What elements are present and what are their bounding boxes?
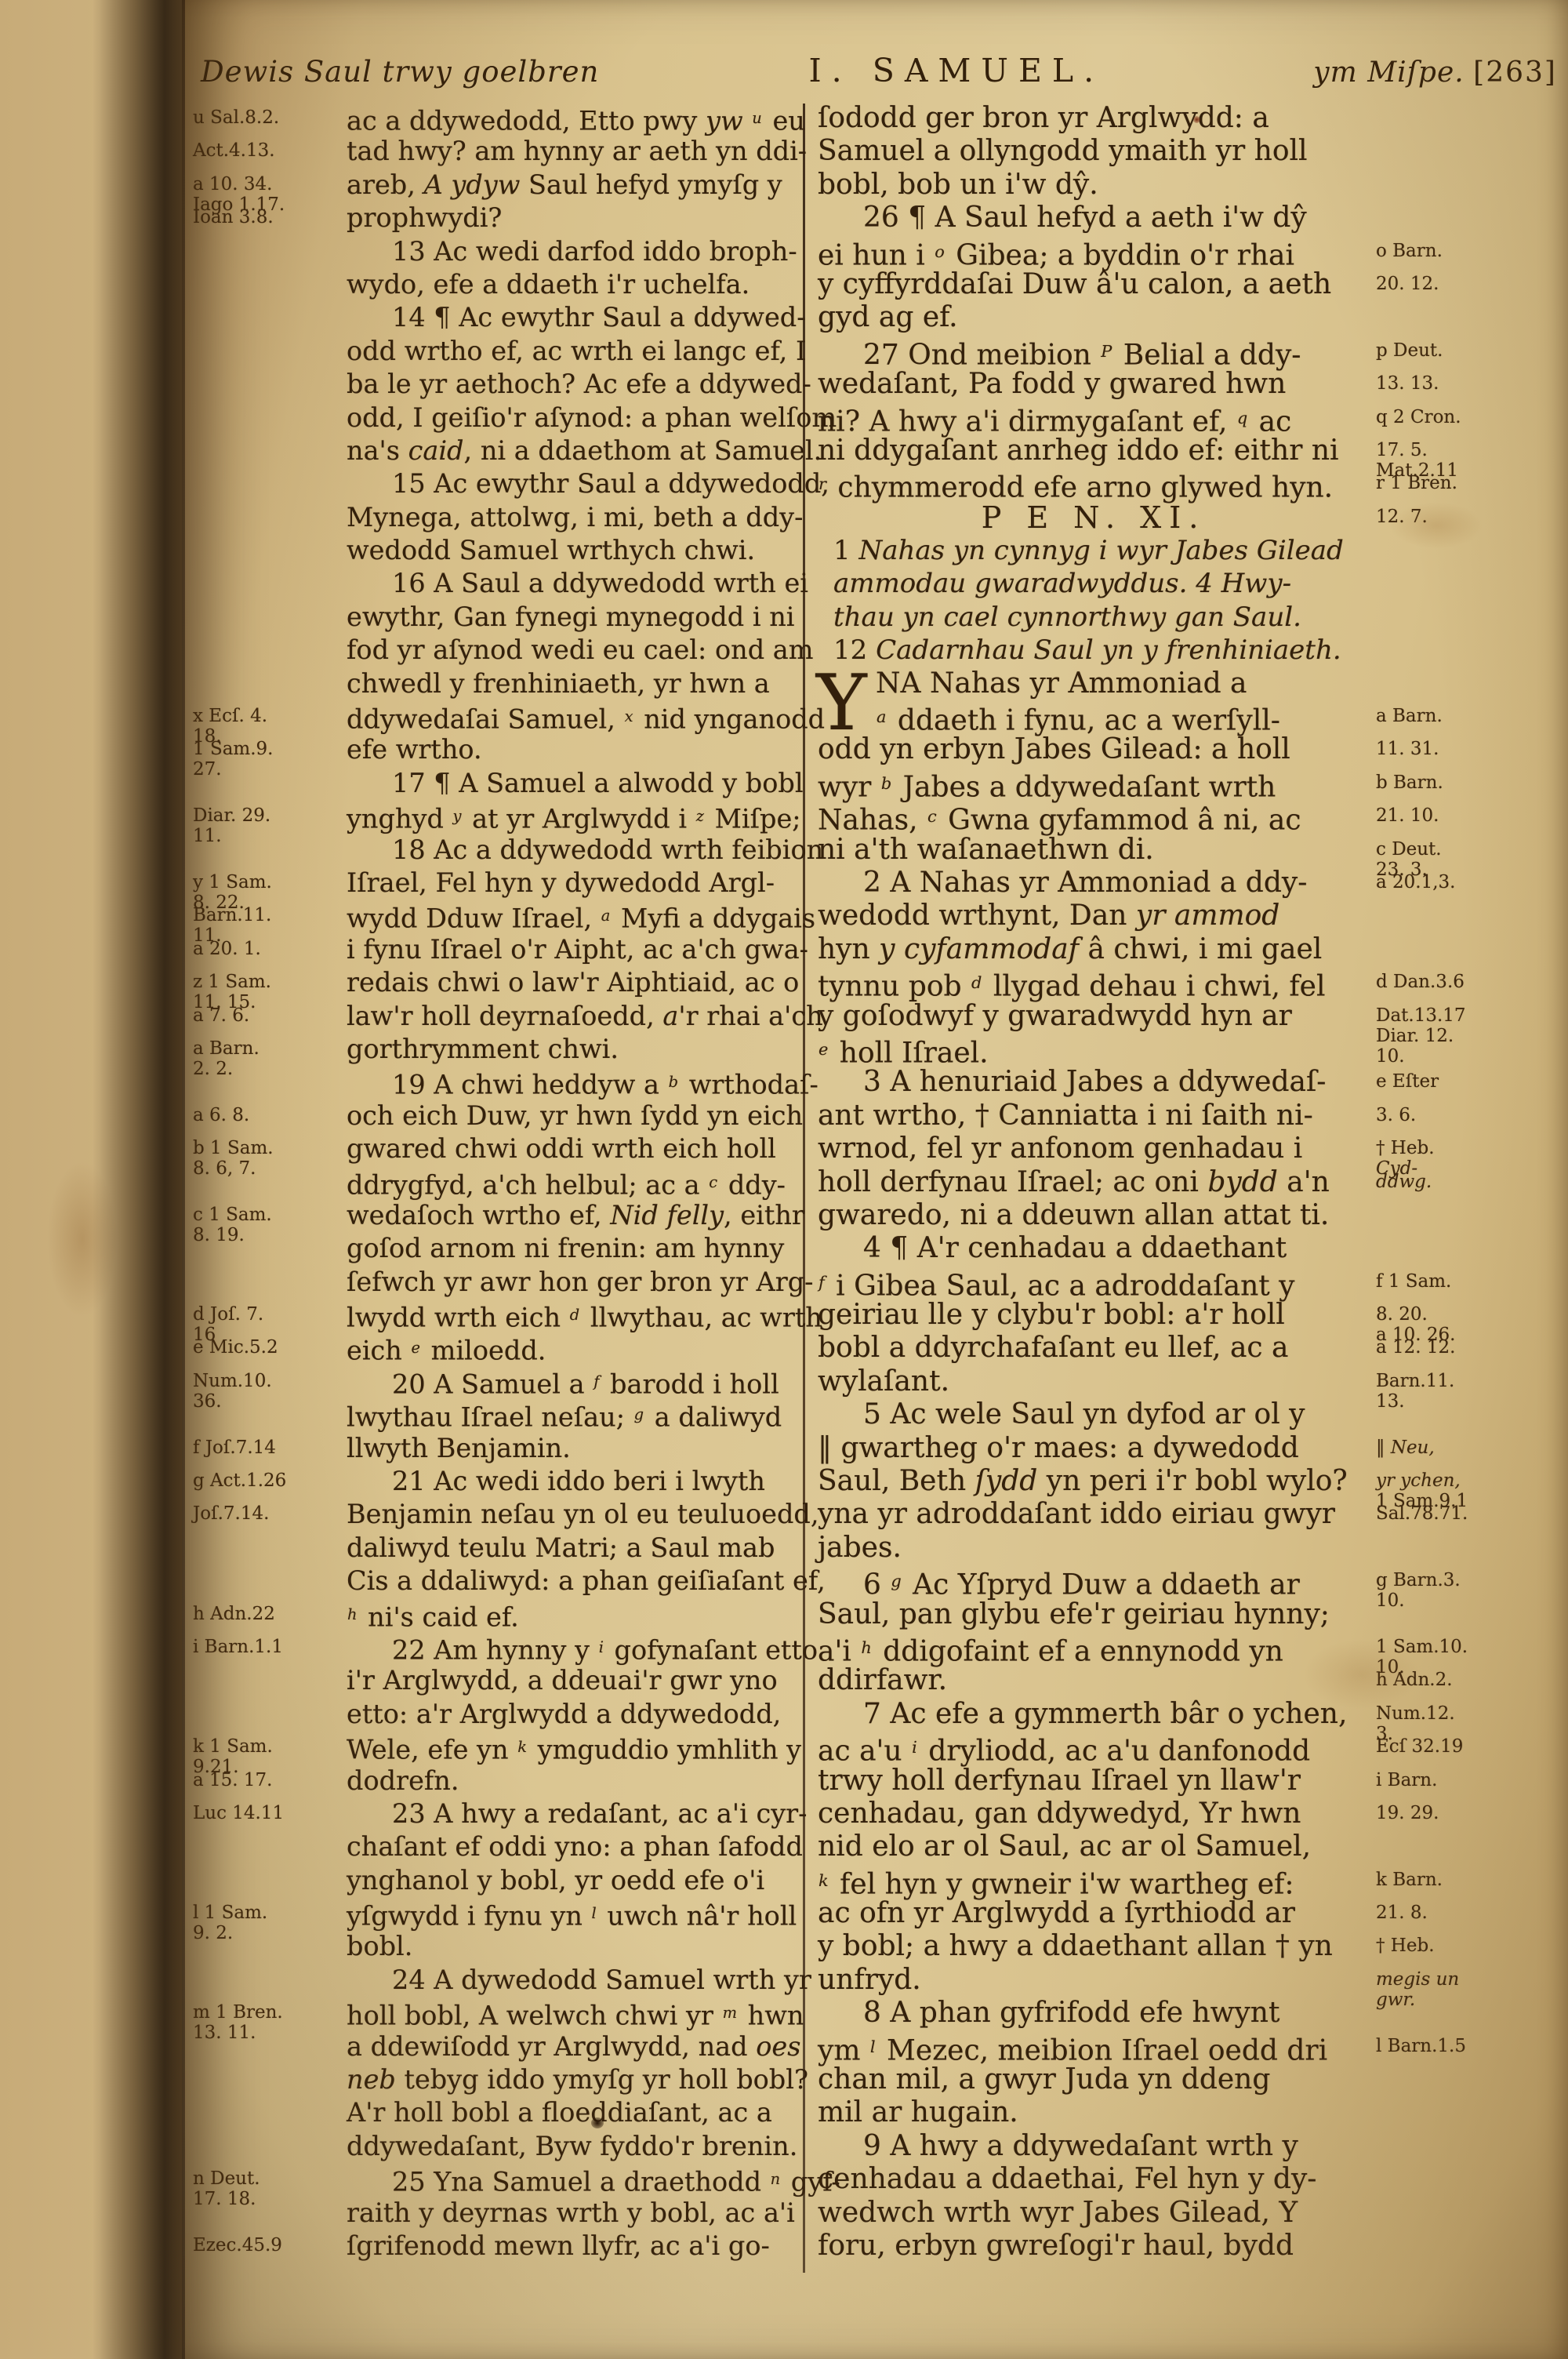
verse-text: mil ar hugain. <box>805 2096 1370 2129</box>
margin-note: 8. 20.a 10. 26. <box>1370 1299 1553 1332</box>
verse-text: 8 A phan gyfrifodd efe hwynt <box>805 1997 1370 2030</box>
margin-note: 20. 12. <box>1370 268 1553 301</box>
text-line: a Barn.2. 2.gorthrymment chwi. <box>193 1033 803 1066</box>
margin-note <box>1370 933 1553 966</box>
verse-text: ‖ gwartheg o'r maes: a dywedodd <box>805 1432 1370 1465</box>
verse-text: wydd Dduw Iſrael, a Myfi a ddygais <box>347 900 803 932</box>
margin-note <box>1370 900 1553 932</box>
verse-text: nid elo ar ol Saul, ac ar ol Samuel, <box>805 1830 1370 1863</box>
book-title: I. SAMUEL. <box>808 52 1104 89</box>
margin-note <box>193 2096 347 2129</box>
margin-note <box>193 1964 347 1997</box>
text-line: odd yn erbyn Jabes Gilead: a holl11. 31. <box>805 733 1553 766</box>
margin-note <box>1370 1830 1553 1863</box>
text-line: ewythr, Gan fynegi mynegodd i ni <box>193 601 803 634</box>
verse-text: areb, A ydyw Saul hefyd ymyſg y <box>347 169 803 202</box>
verse-text: 3 A henuriaid Jabes a ddywedaſ- <box>805 1066 1370 1099</box>
text-line: a 7. 6.law'r holl deyrnaſoedd, a'r rhai … <box>193 1000 803 1033</box>
text-line: bobl. <box>193 1930 803 1963</box>
text-line: gwaredo, ni a ddeuwn allan attat ti. <box>805 1199 1553 1232</box>
text-line: a 15. 17.dodrefn. <box>193 1765 803 1797</box>
margin-note <box>1370 2197 1553 2230</box>
margin-note <box>1370 301 1553 334</box>
text-line: x Ecſ. 4.18.ddywedaſai Samuel, x nid yng… <box>193 700 803 733</box>
margin-note: z 1 Sam.11. 15. <box>193 966 347 999</box>
verse-text: 2 A Nahas yr Ammoniad a ddy- <box>805 867 1370 900</box>
verse-text: a ddewiſodd yr Arglwydd, nad oes <box>347 2030 803 2063</box>
verse-text: i fynu Iſrael o'r Aipht, ac a'ch gwa- <box>347 933 803 966</box>
verse-text: a ddaeth i fynu, ac a werſyll- <box>805 700 1370 733</box>
verse-text: llwyth Benjamin. <box>347 1432 803 1465</box>
text-line: e holl Iſrael. <box>805 1033 1553 1066</box>
margin-note <box>1370 1532 1553 1565</box>
margin-note: a Barn. <box>1370 700 1553 733</box>
text-line: 18 Ac a ddywedodd wrth feibion <box>193 834 803 867</box>
text-line: k 1 Sam.9.21.Wele, efe yn k ymguddio ymh… <box>193 1731 803 1764</box>
margin-note <box>193 2030 347 2063</box>
text-line: 16 A Saul a ddywedodd wrth ei <box>193 567 803 600</box>
gutter-shadow <box>93 0 185 2359</box>
text-line: ammodau gwaradwyddus. 4 Hwy- <box>805 567 1553 600</box>
text-line: Saul, Beth ſydd yn peri i'r bobl wylo?yr… <box>805 1465 1553 1498</box>
verse-text: Iſrael, Fel hyn y dywedodd Argl- <box>347 867 803 900</box>
text-line: wedodd Samuel wrthych chwi. <box>193 534 803 567</box>
verse-text: goſod arnom ni frenin: am hynny <box>347 1232 803 1265</box>
page-number: [263] <box>1473 56 1557 89</box>
verse-text: ſefwch yr awr hon ger bron yr Arg- <box>347 1266 803 1299</box>
verse-text: unfryd. <box>805 1964 1370 1997</box>
verse-text: P E N. XI. <box>805 501 1370 534</box>
verse-text: ddirfawr. <box>805 1664 1370 1697</box>
margin-note: d Joſ. 7.16 <box>193 1299 347 1332</box>
margin-note <box>193 667 347 700</box>
margin-note: 21. 10. <box>1370 800 1553 833</box>
verse-text: och eich Duw, yr hwn ſydd yn eich <box>347 1100 803 1132</box>
text-line: odd, I geiſio'r aſynod: a phan welſom <box>193 402 803 434</box>
margin-note: ddwg. <box>1370 1166 1553 1199</box>
margin-note <box>193 268 347 301</box>
text-line: holl derfynau Iſrael; ac oni bydd a'nddw… <box>805 1166 1553 1199</box>
margin-note <box>193 434 347 467</box>
verse-text: ammodau gwaradwyddus. 4 Hwy- <box>805 567 1370 600</box>
text-line: 9 A hwy a ddywedaſant wrth y <box>805 2130 1553 2163</box>
margin-note: Ecſ 32.19 <box>1370 1731 1553 1764</box>
verse-text: ac a'u i dryliodd, ac a'u danfonodd <box>805 1731 1370 1764</box>
margin-note: a 20. 1. <box>193 933 347 966</box>
verse-text: 15 Ac ewythr Saul a ddywedodd, <box>347 467 803 500</box>
verse-text: odd, I geiſio'r aſynod: a phan welſom <box>347 402 803 434</box>
running-head-right-text: ym Miſpe. <box>1313 56 1464 89</box>
verse-text: odd wrtho ef, ac wrth ei langc ef, I <box>347 335 803 368</box>
text-line: 15 Ac ewythr Saul a ddywedodd, <box>193 467 803 500</box>
text-line: y cyffyrddaſai Duw â'u calon, a aeth20. … <box>805 268 1553 301</box>
verse-text: 24 A dywedodd Samuel wrth yr <box>347 1964 803 1997</box>
margin-note <box>193 1930 347 1963</box>
drop-cap: Y <box>816 671 867 736</box>
text-line: c 1 Sam.8. 19.wedaſoch wrtho ef, Nid fel… <box>193 1199 803 1232</box>
margin-note: f Joſ.7.14 <box>193 1432 347 1465</box>
verse-text: y cyffyrddaſai Duw â'u calon, a aeth <box>805 268 1370 301</box>
margin-note: i Barn. <box>1370 1765 1553 1797</box>
running-head-right: ym Miſpe. [263] <box>1313 56 1557 89</box>
verse-text: 25 Yna Samuel a draethodd n gyf- <box>347 2163 803 2196</box>
text-line: gyd ag ef. <box>805 301 1553 334</box>
book-photo: uel a gymmerodd yſtenaidolaid o olew, ac… <box>0 0 1568 2359</box>
text-line: neb tebyg iddo ymyſg yr holl bobl? <box>193 2063 803 2096</box>
verse-text: ynghanol y bobl, yr oedd efe o'i <box>347 1864 803 1897</box>
margin-note: 21. 8. <box>1370 1897 1553 1930</box>
verse-text: ac a ddywedodd, Etto pwy yw u eu <box>347 102 803 135</box>
margin-note <box>193 1864 347 1897</box>
text-line: a'i h ddigofaint ef a ennynodd yn1 Sam.1… <box>805 1631 1553 1664</box>
text-line: wedwch wrth wyr Jabes Gilead, Y <box>805 2197 1553 2230</box>
margin-note <box>1370 2130 1553 2163</box>
margin-note <box>193 301 347 334</box>
verse-text: ddywedaſai Samuel, x nid ynganodd <box>347 700 803 733</box>
text-line: Ioan 3.8.prophwydi? <box>193 202 803 234</box>
verse-text: foru, erbyn gwreſogi'r haul, bydd <box>805 2230 1370 2263</box>
verse-text: chaſant ef oddi yno: a phan ſafodd <box>347 1830 803 1863</box>
margin-note <box>1370 1232 1553 1265</box>
verse-text: NA Nahas yr Ammoniad a <box>805 667 1370 700</box>
text-line: YNA Nahas yr Ammoniad a <box>805 667 1553 700</box>
verse-text: ei hun i o Gibea; a byddin o'r rhai <box>805 235 1370 268</box>
text-line: chwedl y frenhiniaeth, yr hwn a <box>193 667 803 700</box>
margin-note: a 15. 17. <box>193 1765 347 1797</box>
verse-text: Benjamin neſau yn ol eu teuluoedd, <box>347 1498 803 1531</box>
verse-text: A'r holl bobl a floeddiaſant, ac a <box>347 2096 803 2129</box>
verse-text: 23 A hwy a redaſant, ac a'i cyr- <box>347 1797 803 1830</box>
text-line: l 1 Sam.9. 2.yſgwydd i fynu yn l uwch nâ… <box>193 1897 803 1930</box>
text-line: 1 Sam.9.27.efe wrtho. <box>193 733 803 766</box>
text-line: i'r Arglwydd, a ddeuai'r gwr yno <box>193 1664 803 1697</box>
verse-text: trwy holl derfynau Iſrael yn llaw'r <box>805 1765 1370 1797</box>
text-line: 1 Nahas yn cynnyg i wyr Jabes Gilead <box>805 534 1553 567</box>
verse-text: Cis a ddaliwyd: a phan geiſiaſant ef, <box>347 1565 803 1598</box>
margin-note <box>193 402 347 434</box>
verse-text: 14 ¶ Ac ewythr Saul a ddywed- <box>347 301 803 334</box>
verse-text: redais chwi o law'r Aiphtiaid, ac o <box>347 966 803 999</box>
verse-text: bobl a ddyrchafaſant eu llef, ac a <box>805 1332 1370 1365</box>
verse-text: ddrygfyd, a'ch helbul; ac a c ddy- <box>347 1166 803 1199</box>
text-line: 12 Cadarnhau Saul yn y frenhiniaeth. <box>805 634 1553 667</box>
text-line: bobl, bob un i'w dŷ. <box>805 169 1553 202</box>
verse-text: 26 ¶ A Saul hefyd a aeth i'w dŷ <box>805 202 1370 234</box>
verse-text: wedaſoch wrtho ef, Nid felly, eithr <box>347 1199 803 1232</box>
verse-text: i'r Arglwydd, a ddeuai'r gwr yno <box>347 1664 803 1697</box>
margin-note <box>193 2197 347 2230</box>
margin-note: megis ungwr. <box>1370 1964 1553 1997</box>
margin-note <box>1370 2230 1553 2263</box>
text-line: ba le yr aethoch? Ac efe a ddywed- <box>193 368 803 401</box>
verse-text: wyr b Jabes a ddywedaſant wrth <box>805 767 1370 800</box>
verse-text: hyn y cyfammodaf â chwi, i mi gael <box>805 933 1370 966</box>
text-line: Act.4.13.tad hwy? am hynny ar aeth yn dd… <box>193 135 803 168</box>
text-line: wylaſant.Barn.11.13. <box>805 1365 1553 1398</box>
text-line: 3 A henuriaid Jabes a ddywedaſ-e Eſter <box>805 1066 1553 1099</box>
text-line: chaſant ef oddi yno: a phan ſafodd <box>193 1830 803 1863</box>
margin-note <box>1370 2163 1553 2196</box>
verse-text: ant wrtho, † Canniatta i ni ſaith ni- <box>805 1100 1370 1132</box>
verse-text: ſgrifenodd mewn llyfr, ac a'i go- <box>347 2230 803 2263</box>
margin-note <box>1370 634 1553 667</box>
verse-text: y bobl; a hwy a ddaethant allan † yn <box>805 1930 1370 1963</box>
verse-text: Mynega, attolwg, i mi, beth a ddy- <box>347 501 803 534</box>
verse-text: Nahas, c Gwna gyfammod â ni, ac <box>805 800 1370 833</box>
margin-note <box>193 767 347 800</box>
verse-text: 20 A Samuel a f barodd i holl <box>347 1365 803 1398</box>
margin-note <box>1370 1199 1553 1232</box>
text-line: ddywedaſant, Byw fyddo'r brenin. <box>193 2130 803 2163</box>
text-line: y 1 Sam.8. 22.Iſrael, Fel hyn y dywedodd… <box>193 867 803 900</box>
verse-text: chan mil, a gwyr Juda yn ddeng <box>805 2063 1370 2096</box>
text-line: 2 A Nahas yr Ammoniad a ddy-a 20.1,3. <box>805 867 1553 900</box>
text-line: a ddaeth i fynu, ac a werſyll-a Barn. <box>805 700 1553 733</box>
margin-note: a 20.1,3. <box>1370 867 1553 900</box>
text-line: i Barn.1.122 Am hynny y i gofynaſant ett… <box>193 1631 803 1664</box>
text-line: ac a'u i dryliodd, ac a'u danfonoddEcſ 3… <box>805 1731 1553 1764</box>
text-line: tynnu pob d llygad dehau i chwi, feld Da… <box>805 966 1553 999</box>
verse-text: chwedl y frenhiniaeth, yr hwn a <box>347 667 803 700</box>
verse-text: cenhadau, gan ddywedyd, Yr hwn <box>805 1797 1370 1830</box>
margin-note: a 6. 8. <box>193 1100 347 1132</box>
text-line: na's caid, ni a ddaethom at Samuel. <box>193 434 803 467</box>
margin-note: a 7. 6. <box>193 1000 347 1033</box>
margin-note: d Dan.3.6 <box>1370 966 1553 999</box>
verse-text: yna yr adroddaſant iddo eiriau gwyr <box>805 1498 1370 1531</box>
verse-text: daliwyd teulu Matri; a Saul mab <box>347 1532 803 1565</box>
margin-note <box>193 1664 347 1697</box>
text-line: 14 ¶ Ac ewythr Saul a ddywed- <box>193 301 803 334</box>
verse-text: Saul, Beth ſydd yn peri i'r bobl wylo? <box>805 1465 1370 1498</box>
margin-note: r 1 Bren. <box>1370 467 1553 500</box>
text-line: Diar. 29.11.ynghyd y at yr Arglwydd i z … <box>193 800 803 833</box>
text-line: nid elo ar ol Saul, ac ar ol Samuel, <box>805 1830 1553 1863</box>
text-line: 7 Ac efe a gymmerth bâr o ychen,Num.12.3… <box>805 1698 1553 1731</box>
verse-text: gwared chwi oddi wrth eich holl <box>347 1132 803 1165</box>
verse-text: lwydd wrth eich d llwythau, ac wrth <box>347 1299 803 1332</box>
verse-text: odd yn erbyn Jabes Gilead: a holl <box>805 733 1370 766</box>
text-line: y goſodwyf y gwaradwydd hyn arDat.13.17D… <box>805 1000 1553 1033</box>
verse-text: ſododd ger bron yr Arglwydd: a <box>805 102 1370 135</box>
verse-text: holl derfynau Iſrael; ac oni bydd a'n <box>805 1166 1370 1199</box>
verse-text: 5 Ac wele Saul yn dyfod ar ol y <box>805 1398 1370 1431</box>
text-line: trwy holl derfynau Iſrael yn llaw'ri Bar… <box>805 1765 1553 1797</box>
text-line: Nahas, c Gwna gyfammod â ni, ac21. 10. <box>805 800 1553 833</box>
margin-note <box>193 1565 347 1598</box>
verse-text: bobl. <box>347 1930 803 1963</box>
margin-note <box>1370 1398 1553 1431</box>
verse-text: wedaſant, Pa fodd y gwared hwn <box>805 368 1370 401</box>
text-line: Saul, pan glybu efe'r geiriau hynny; <box>805 1598 1553 1631</box>
verse-text: ni? A hwy a'i dirmygaſant ef, q ac <box>805 402 1370 434</box>
margin-note <box>1370 601 1553 634</box>
margin-note <box>193 1232 347 1265</box>
margin-note <box>1370 102 1553 135</box>
margin-note: Diar. 29.11. <box>193 800 347 833</box>
text-line: 26 ¶ A Saul hefyd a aeth i'w dŷ <box>805 202 1553 234</box>
verse-text: efe wrtho. <box>347 733 803 766</box>
verse-text: 16 A Saul a ddywedodd wrth ei <box>347 567 803 600</box>
verse-text: wedodd wrthynt, Dan yr ammod <box>805 900 1370 932</box>
margin-note: m 1 Bren.13. 11. <box>193 1997 347 2030</box>
text-line: cenhadau, gan ddywedyd, Yr hwn19. 29. <box>805 1797 1553 1830</box>
verse-text: ddywedaſant, Byw fyddo'r brenin. <box>347 2130 803 2163</box>
margin-note <box>193 1166 347 1199</box>
verse-text: tad hwy? am hynny ar aeth yn ddi- <box>347 135 803 168</box>
verse-text: fod yr aſynod wedi eu cael: ond am <box>347 634 803 667</box>
verse-text: e holl Iſrael. <box>805 1033 1370 1066</box>
verse-text: prophwydi? <box>347 202 803 234</box>
margin-note: 3. 6. <box>1370 1100 1553 1132</box>
margin-note <box>1370 534 1553 567</box>
verse-text: Saul, pan glybu efe'r geiriau hynny; <box>805 1598 1370 1631</box>
margin-note <box>193 2130 347 2163</box>
verse-text: ba le yr aethoch? Ac efe a ddywed- <box>347 368 803 401</box>
text-line: Luc 14.1123 A hwy a redaſant, ac a'i cyr… <box>193 1797 803 1830</box>
margin-note: 19. 29. <box>1370 1797 1553 1830</box>
text-line: k fel hyn y gwneir i'w wartheg ef:k Barn… <box>805 1864 1553 1897</box>
margin-note <box>193 534 347 567</box>
verse-text: neb tebyg iddo ymyſg yr holl bobl? <box>347 2063 803 2096</box>
text-line: ynghanol y bobl, yr oedd efe o'i <box>193 1864 803 1897</box>
margin-note: u Sal.8.2. <box>193 102 347 135</box>
margin-note: 13. 13. <box>1370 368 1553 401</box>
text-line: ‖ gwartheg o'r maes: a dywedodd‖ Neu, <box>805 1432 1553 1465</box>
text-line: ac ofn yr Arglwydd a ſyrthiodd ar21. 8. <box>805 1897 1553 1930</box>
margin-note: k Barn. <box>1370 1864 1553 1897</box>
margin-note: o Barn. <box>1370 235 1553 268</box>
text-line: Num.10.36.20 A Samuel a f barodd i holl <box>193 1365 803 1398</box>
text-line: ym l Mezec, meibion Iſrael oedd dril Bar… <box>805 2030 1553 2063</box>
verse-text: gwaredo, ni a ddeuwn allan attat ti. <box>805 1199 1370 1232</box>
margin-note <box>1370 135 1553 168</box>
verse-text: a'i h ddigofaint ef a ennynodd yn <box>805 1631 1370 1664</box>
text-line: mil ar hugain. <box>805 2096 1553 2129</box>
margin-note: c Deut.23. 3. <box>1370 834 1553 867</box>
verse-text: wydo, efe a ddaeth i'r uchelfa. <box>347 268 803 301</box>
margin-note <box>193 1398 347 1431</box>
verse-text: eich e miloedd. <box>347 1332 803 1365</box>
text-line: 5 Ac wele Saul yn dyfod ar ol y <box>805 1398 1553 1431</box>
verse-text: lwythau Iſrael neſau; g a daliwyd <box>347 1398 803 1431</box>
verse-text: r chymmerodd efe arno glywed hyn. <box>805 467 1370 500</box>
text-line: m 1 Bren.13. 11.holl bobl, A welwch chwi… <box>193 1997 803 2030</box>
text-line: Samuel a ollyngodd ymaith yr holl <box>805 135 1553 168</box>
text-line: lwythau Iſrael neſau; g a daliwyd <box>193 1398 803 1431</box>
margin-note: a Barn.2. 2. <box>193 1033 347 1066</box>
text-line: h Adn.22h ni's caid ef. <box>193 1598 803 1631</box>
margin-note: Num.10.36. <box>193 1365 347 1398</box>
verse-text: 1 Nahas yn cynnyg i wyr Jabes Gilead <box>805 534 1370 567</box>
verse-text: holl bobl, A welwch chwi yr m hwn <box>347 1997 803 2030</box>
verse-text: yſgwydd i fynu yn l uwch nâ'r holl <box>347 1897 803 1930</box>
text-line: a 20. 1.i fynu Iſrael o'r Aipht, ac a'ch… <box>193 933 803 966</box>
verse-text: 18 Ac a ddywedodd wrth feibion <box>347 834 803 867</box>
text-line: fod yr aſynod wedi eu cael: ond am <box>193 634 803 667</box>
margin-note: ‖ Neu, <box>1370 1432 1553 1465</box>
text-line: z 1 Sam.11. 15.redais chwi o law'r Aipht… <box>193 966 803 999</box>
verse-text: 4 ¶ A'r cenhadau a ddaethant <box>805 1232 1370 1265</box>
margin-note: 1 Sam.9.27. <box>193 733 347 766</box>
text-line: d Joſ. 7.16lwydd wrth eich d llwythau, a… <box>193 1299 803 1332</box>
verse-text: 19 A chwi heddyw a b wrthodaſ- <box>347 1066 803 1099</box>
margin-note: Barn.11.11. <box>193 900 347 932</box>
text-line: wedodd wrthynt, Dan yr ammod <box>805 900 1553 932</box>
margin-note <box>193 834 347 867</box>
verse-text: 22 Am hynny y i gofynaſant etto <box>347 1631 803 1664</box>
text-line: hyn y cyfammodaf â chwi, i mi gael <box>805 933 1553 966</box>
margin-note <box>1370 169 1553 202</box>
margin-note: b Barn. <box>1370 767 1553 800</box>
text-line: a 6. 8.och eich Duw, yr hwn ſydd yn eich <box>193 1100 803 1132</box>
verse-text: Samuel a ollyngodd ymaith yr holl <box>805 135 1370 168</box>
verse-text: gorthrymment chwi. <box>347 1033 803 1066</box>
margin-note <box>193 335 347 368</box>
margin-note: h Adn.22 <box>193 1598 347 1631</box>
verse-text: 12 Cadarnhau Saul yn y frenhiniaeth. <box>805 634 1370 667</box>
text-line: daliwyd teulu Matri; a Saul mab <box>193 1532 803 1565</box>
margin-note <box>193 567 347 600</box>
verse-text: 7 Ac efe a gymmerth bâr o ychen, <box>805 1698 1370 1731</box>
text-line: wydo, efe a ddaeth i'r uchelfa. <box>193 268 803 301</box>
text-line: ni ddygaſant anrheg iddo ef: eithr ni17.… <box>805 434 1553 467</box>
verse-text: raith y deyrnas wrth y bobl, ac a'i <box>347 2197 803 2230</box>
margin-note: 17. 5.Mat.2.11 <box>1370 434 1553 467</box>
verse-text: jabes. <box>805 1532 1370 1565</box>
text-line: a 10. 34.Iago 1.17.areb, A ydyw Saul hef… <box>193 169 803 202</box>
verse-text: wedwch wrth wyr Jabes Gilead, Y <box>805 2197 1370 2230</box>
page: Dewis Saul trwy goelbren I. SAMUEL. ym M… <box>182 0 1568 2359</box>
verse-text: etto: a'r Arglwydd a ddywedodd, <box>347 1698 803 1731</box>
margin-note: g Act.1.26 <box>193 1465 347 1498</box>
verse-text: 6 g Ac Yſpryd Duw a ddaeth ar <box>805 1565 1370 1598</box>
text-line: ſefwch yr awr hon ger bron yr Arg- <box>193 1266 803 1299</box>
margin-note: q 2 Cron. <box>1370 402 1553 434</box>
margin-note <box>193 467 347 500</box>
margin-note <box>1370 1598 1553 1631</box>
text-line: Joſ.7.14.Benjamin neſau yn ol eu teuluoe… <box>193 1498 803 1531</box>
text-line: 13 Ac wedi darfod iddo broph- <box>193 235 803 268</box>
text-line: wyr b Jabes a ddywedaſant wrthb Barn. <box>805 767 1553 800</box>
margin-note: Act.4.13. <box>193 135 347 168</box>
verse-text: 13 Ac wedi darfod iddo broph- <box>347 235 803 268</box>
text-line: Mynega, attolwg, i mi, beth a ddy- <box>193 501 803 534</box>
text-line: foru, erbyn gwreſogi'r haul, bydd <box>805 2230 1553 2263</box>
text-line: b 1 Sam.8. 6, 7.gwared chwi oddi wrth ei… <box>193 1132 803 1165</box>
verse-text: ni a'th waſanaethwn di. <box>805 834 1370 867</box>
text-line: ni a'th waſanaethwn di.c Deut.23. 3. <box>805 834 1553 867</box>
text-line: geiriau lle y clybu'r bobl: a'r holl8. 2… <box>805 1299 1553 1332</box>
verse-text: 21 Ac wedi iddo beri i lwyth <box>347 1465 803 1498</box>
margin-note: 11. 31. <box>1370 733 1553 766</box>
margin-note: h Adn.2. <box>1370 1664 1553 1697</box>
text-line: raith y deyrnas wrth y bobl, ac a'i <box>193 2197 803 2230</box>
text-line: unfryd.megis ungwr. <box>805 1964 1553 1997</box>
verse-text: wrnod, fel yr anfonom genhadau i <box>805 1132 1370 1165</box>
margin-note <box>193 2063 347 2096</box>
text-line: chan mil, a gwyr Juda yn ddeng <box>805 2063 1553 2096</box>
text-line: f Joſ.7.14llwyth Benjamin. <box>193 1432 803 1465</box>
text-line: cenhadau a ddaethai, Fel hyn y dy- <box>805 2163 1553 2196</box>
margin-note <box>1370 1997 1553 2030</box>
margin-note: f 1 Sam. <box>1370 1266 1553 1299</box>
verse-text: ni ddygaſant anrheg iddo ef: eithr ni <box>805 434 1370 467</box>
margin-note: n Deut.17. 18. <box>193 2163 347 2196</box>
verse-text: tynnu pob d llygad dehau i chwi, fel <box>805 966 1370 999</box>
text-line: ddrygfyd, a'ch helbul; ac a c ddy- <box>193 1166 803 1199</box>
verse-text: dodrefn. <box>347 1765 803 1797</box>
